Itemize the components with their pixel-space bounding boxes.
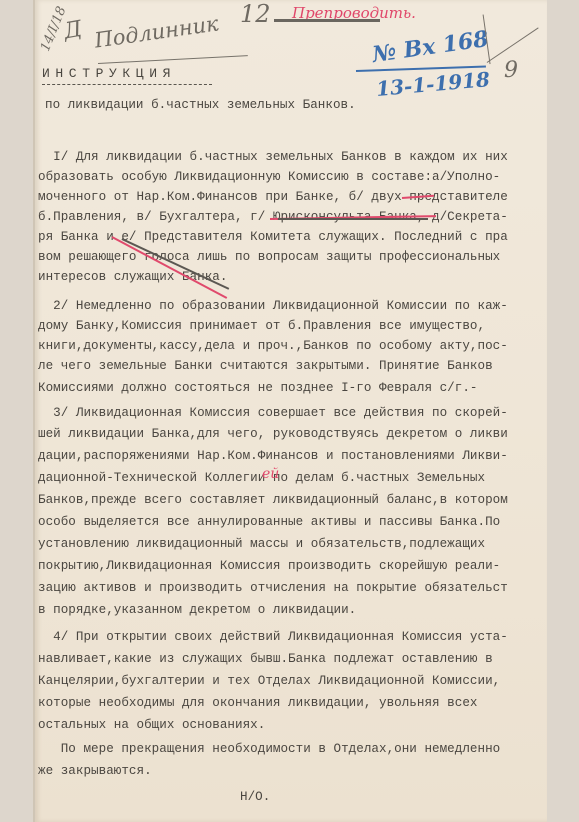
text-line: Банков,прежде всего составляет ликвидаци…	[38, 493, 508, 507]
text-line: же закрываются.	[38, 764, 152, 778]
text-line: вом решающего голоса лишь по вопросам за…	[38, 250, 500, 264]
text-line: установлению ликвидационный массы и обяз…	[38, 537, 485, 551]
signature-mark: Н/О.	[240, 790, 270, 804]
text-line: навливает,какие из служащих бывш.Банка п…	[38, 652, 493, 666]
text-line: I/ Для ликвидации б.частных земельных Ба…	[38, 150, 508, 164]
document-subtitle: по ликвидации б.частных земельных Банков…	[45, 98, 356, 112]
text-line: книги,документы,кассу,дела и проч.,Банко…	[38, 339, 508, 353]
text-line: 3/ Ликвидационная Комиссия совершает все…	[38, 406, 508, 420]
text-line: ле чего земельные Банки считаются закрыт…	[38, 359, 493, 373]
text-line: По мере прекращения необходимости в Отде…	[38, 742, 500, 756]
text-line: ря Банка и е/ Представителя Комитета слу…	[38, 230, 508, 244]
text-line: покрытию,Ликвидационная Комиссия произво…	[38, 559, 500, 573]
text-line: которые необходимы для окончания ликвида…	[38, 696, 478, 710]
strike-yuriskonsult-pencil	[278, 218, 428, 220]
text-line: в порядке,указанном декретом о ликвидаци…	[38, 603, 356, 617]
document-title: ИНСТРУКЦИЯ	[42, 66, 176, 81]
text-line: моченного от Нар.Ком.Финансов при Банке,…	[38, 190, 508, 204]
pencil-page-number-annotation: 12	[240, 0, 271, 28]
text-line: 2/ Немедленно по образовании Ликвидацион…	[38, 299, 508, 313]
title-underline	[42, 84, 212, 85]
red-annotation-strikethrough	[274, 19, 380, 22]
red-insertion-kollegii: ей	[262, 466, 279, 482]
pencil-check-number: 9	[504, 58, 518, 83]
text-line: дации,распоряжениями Нар.Ком.Финансов и …	[38, 449, 508, 463]
text-line: дому Банку,Комиссия принимает от б.Правл…	[38, 319, 485, 333]
text-line: 4/ При открытии своих действий Ликвидаци…	[38, 630, 508, 644]
text-line: шей ликвидации Банка,для чего, руководст…	[38, 427, 508, 441]
text-line: образовать особую Ликвидационную Комисси…	[38, 170, 500, 184]
text-line: Комиссиями должно состояться не позднее …	[38, 381, 478, 395]
text-line: особо выделяется все аннулированные акти…	[38, 515, 500, 529]
text-line: зацию активов и производить отчисления н…	[38, 581, 508, 595]
text-line: Канцелярии,бухгалтерии и тех Отделах Лик…	[38, 674, 500, 688]
text-line: остальных на общих основаниях.	[38, 718, 265, 732]
